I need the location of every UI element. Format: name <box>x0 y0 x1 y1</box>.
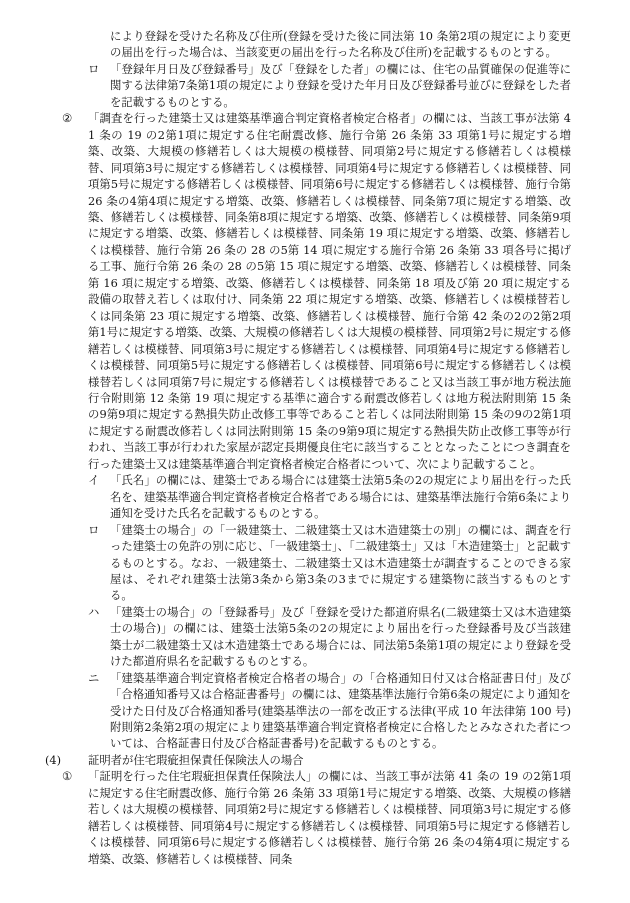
section-heading-4: (4) 証明者が住宅瑕疵担保責任保険法人の場合 <box>88 752 571 768</box>
paragraph-text: 「氏名」の欄には、建築士である場合には建築士法第5条の2の規定により届出を行った… <box>110 473 571 520</box>
paragraph-text: 「建築士の場合」の「登録番号」及び「登録を受けた都道府県名(二級建築士又は木造建… <box>110 605 571 668</box>
paragraph-text: 「証明を行った住宅瑕疵担保責任保険法人」の欄には、当該工事が法第 41 条の 1… <box>88 769 571 865</box>
list-item-i-name: イ 「氏名」の欄には、建築士である場合には建築士法第5条の2の規定により届出を行… <box>110 472 571 521</box>
list-item-circled-2: ② 「調査を行った建築士又は建築基準適合判定資格者検定合格者」の欄には、当該工事… <box>88 110 571 472</box>
section-heading-text: 証明者が住宅瑕疵担保責任保険法人の場合 <box>88 753 304 767</box>
paragraph-text: により登録を受けた名称及び住所(登録を受けた後に同法第 10 条第2項の規定によ… <box>110 29 571 59</box>
item-marker: ハ <box>88 604 99 620</box>
item-marker: ロ <box>88 61 99 77</box>
paragraph-continuation: により登録を受けた名称及び住所(登録を受けた後に同法第 10 条第2項の規定によ… <box>110 28 571 61</box>
list-item-ni-pass-notice: ニ 「建築基準適合判定資格者検定合格者の場合」の「合格通知日付又は合格証書日付」… <box>110 670 571 752</box>
item-marker: ロ <box>88 522 99 538</box>
paragraph-text: 「建築基準適合判定資格者検定合格者の場合」の「合格通知日付又は合格証書日付」及び… <box>110 671 571 751</box>
paragraph-text: 「調査を行った建築士又は建築基準適合判定資格者検定合格者」の欄には、当該工事が法… <box>88 111 571 471</box>
list-item-circled-1: ① 「証明を行った住宅瑕疵担保責任保険法人」の欄には、当該工事が法第 41 条の… <box>88 768 571 867</box>
list-item-ro-registration: ロ 「登録年月日及び登録番号」及び「登録をした者」の欄には、住宅の品質確保の促進… <box>110 61 571 110</box>
item-marker: (4) <box>45 752 61 768</box>
paragraph-text: 「登録年月日及び登録番号」及び「登録をした者」の欄には、住宅の品質確保の促進等に… <box>110 62 571 109</box>
document-page: により登録を受けた名称及び住所(登録を受けた後に同法第 10 条第2項の規定によ… <box>0 0 630 903</box>
item-marker: イ <box>88 472 99 488</box>
item-marker: ① <box>62 768 72 784</box>
list-item-ha-registration-number: ハ 「建築士の場合」の「登録番号」及び「登録を受けた都道府県名(二級建築士又は木… <box>110 604 571 670</box>
list-item-ro-architect-type: ロ 「建築士の場合」の「一級建築士、二級建築士又は木造建築士の別」の欄には、調査… <box>110 522 571 604</box>
paragraph-text: 「建築士の場合」の「一級建築士、二級建築士又は木造建築士の別」の欄には、調査を行… <box>110 523 571 603</box>
item-marker: ② <box>62 110 72 126</box>
item-marker: ニ <box>88 670 99 686</box>
